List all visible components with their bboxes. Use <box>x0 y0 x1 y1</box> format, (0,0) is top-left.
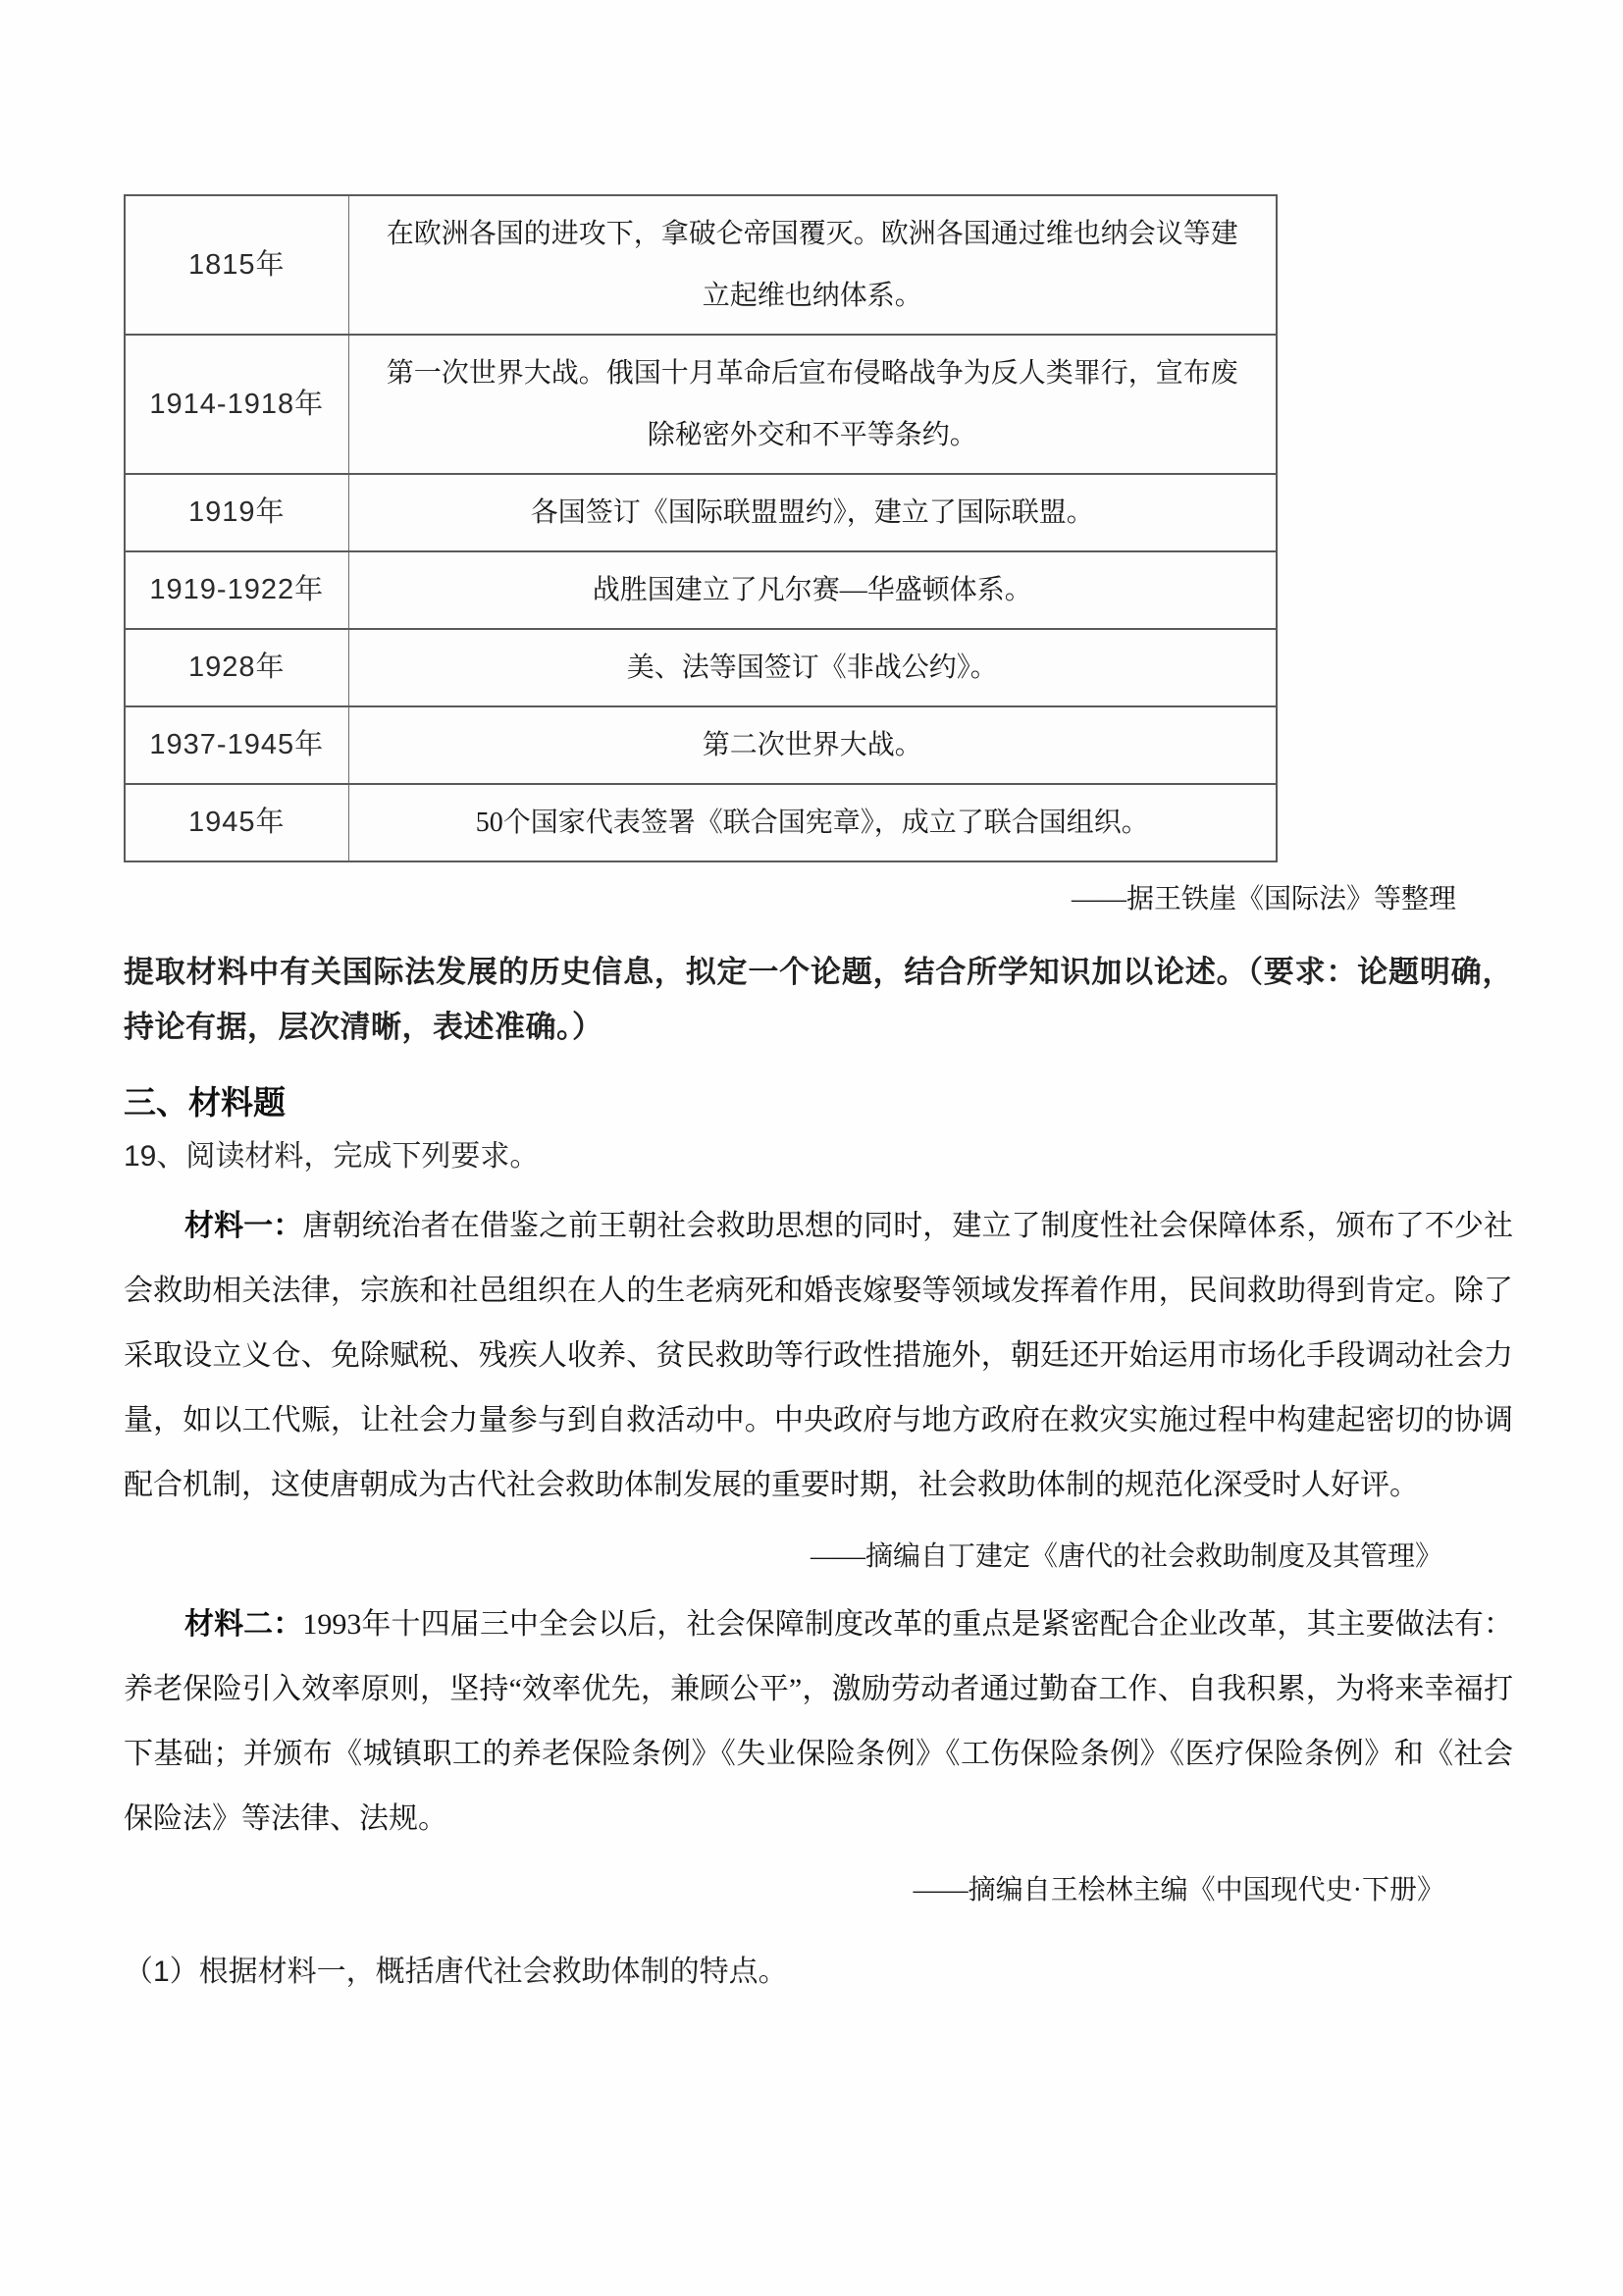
material-two-label: 材料二： <box>184 1608 302 1641</box>
year-cell: 1919-1922年 <box>125 551 348 629</box>
sub-question-1: （1）根据材料一，概括唐代社会救助体制的特点。 <box>124 1948 1513 1997</box>
year-cell: 1928年 <box>125 629 348 706</box>
table-row: 1919-1922年 战胜国建立了凡尔赛—华盛顿体系。 <box>125 551 1277 629</box>
table-row: 1815年 在欧洲各国的进攻下，拿破仑帝国覆灭。欧洲各国通过维也纳会议等建立起维… <box>125 195 1277 335</box>
table-row: 1914-1918年 第一次世界大战。俄国十月革命后宣布侵略战争为反人类罪行，宣… <box>125 335 1277 474</box>
material-one-label: 材料一： <box>184 1210 302 1242</box>
question-19-intro: 19、阅读材料，完成下列要求。 <box>124 1133 1513 1180</box>
year-cell: 1945年 <box>125 784 348 861</box>
year-cell: 1914-1918年 <box>125 335 348 474</box>
table-row: 1945年 50个国家代表签署《联合国宪章》，成立了联合国组织。 <box>125 784 1277 861</box>
document-page: 1815年 在欧洲各国的进攻下，拿破仑帝国覆灭。欧洲各国通过维也纳会议等建立起维… <box>0 0 1623 2296</box>
material-two-paragraph: 材料二：1993年十四届三中全会以后，社会保障制度改革的重点是紧密配合企业改革，… <box>124 1592 1513 1852</box>
year-cell: 1815年 <box>125 195 348 335</box>
section-heading-materials: 三、材料题 <box>124 1080 1513 1125</box>
material-one-paragraph: 材料一：唐朝统治者在借鉴之前王朝社会救助思想的同时，建立了制度性社会保障体系，颁… <box>124 1194 1513 1518</box>
table-source-attribution: ——据王铁崖《国际法》等整理 <box>124 878 1513 921</box>
material-one-text: 唐朝统治者在借鉴之前王朝社会救助思想的同时，建立了制度性社会保障体系，颁布了不少… <box>124 1210 1513 1501</box>
year-cell: 1919年 <box>125 474 348 551</box>
international-law-timeline-table: 1815年 在欧洲各国的进攻下，拿破仑帝国覆灭。欧洲各国通过维也纳会议等建立起维… <box>124 194 1278 862</box>
event-cell: 50个国家代表签署《联合国宪章》，成立了联合国组织。 <box>348 784 1277 861</box>
event-cell: 第二次世界大战。 <box>348 706 1277 784</box>
table-row: 1928年 美、法等国签订《非战公约》。 <box>125 629 1277 706</box>
year-cell: 1937-1945年 <box>125 706 348 784</box>
table-row: 1937-1945年 第二次世界大战。 <box>125 706 1277 784</box>
event-cell: 第一次世界大战。俄国十月革命后宣布侵略战争为反人类罪行，宣布废除秘密外交和不平等… <box>348 335 1277 474</box>
material-one-source-attribution: ——摘编自丁建定《唐代的社会救助制度及其管理》 <box>124 1536 1513 1579</box>
event-cell: 各国签订《国际联盟盟约》，建立了国际联盟。 <box>348 474 1277 551</box>
table-row: 1919年 各国签订《国际联盟盟约》，建立了国际联盟。 <box>125 474 1277 551</box>
event-cell: 战胜国建立了凡尔赛—华盛顿体系。 <box>348 551 1277 629</box>
event-cell: 在欧洲各国的进攻下，拿破仑帝国覆灭。欧洲各国通过维也纳会议等建立起维也纳体系。 <box>348 195 1277 335</box>
material-two-source-attribution: ——摘编自王桧林主编《中国现代史·下册》 <box>124 1869 1513 1912</box>
event-cell: 美、法等国签订《非战公约》。 <box>348 629 1277 706</box>
essay-question-prompt: 提取材料中有关国际法发展的历史信息，拟定一个论题，结合所学知识加以论述。（要求：… <box>124 945 1513 1055</box>
material-two-text: 1993年十四届三中全会以后，社会保障制度改革的重点是紧密配合企业改革，其主要做… <box>124 1608 1513 1835</box>
